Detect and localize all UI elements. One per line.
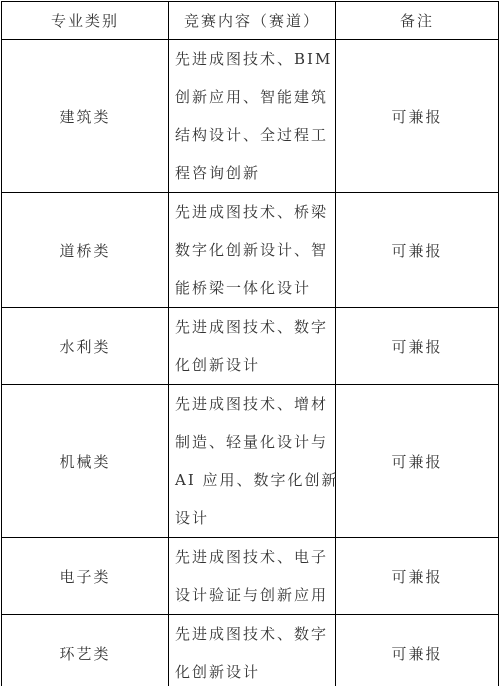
row-remark: 可兼报 <box>336 193 499 308</box>
row-category: 道桥类 <box>2 193 169 308</box>
header-category: 专业类别 <box>2 2 169 40</box>
row-remark: 可兼报 <box>336 385 499 538</box>
row-content: 先进成图技术、BIM 创新应用、智能建筑 结构设计、全过程工 程咨询创新 <box>169 40 336 193</box>
row-category: 电子类 <box>2 538 169 615</box>
row-content: 先进成图技术、电子 设计验证与创新应用 <box>169 538 336 615</box>
content-line: 制造、轻量化设计与 <box>175 423 329 461</box>
content-line: 先进成图技术、桥梁 <box>175 193 329 231</box>
row-content: 先进成图技术、数字 化创新设计 <box>169 615 336 686</box>
competition-category-table: 专业类别 竞赛内容（赛道） 备注 建筑类 先进成图技术、BIM 创新应用、智能建… <box>1 1 499 686</box>
row-remark: 可兼报 <box>336 40 499 193</box>
content-line: 设计 <box>175 499 329 537</box>
content-line: 数字化创新设计、智 <box>175 231 329 269</box>
content-line: 结构设计、全过程工 <box>175 116 329 154</box>
content-line: 先进成图技术、BIM <box>175 40 329 78</box>
row-remark: 可兼报 <box>336 538 499 615</box>
table-row: 机械类 先进成图技术、增材 制造、轻量化设计与 AI 应用、数字化创新 设计 可… <box>2 385 499 538</box>
table-row: 电子类 先进成图技术、电子 设计验证与创新应用 可兼报 <box>2 538 499 615</box>
row-content: 先进成图技术、增材 制造、轻量化设计与 AI 应用、数字化创新 设计 <box>169 385 336 538</box>
content-line: 先进成图技术、数字 <box>175 615 329 653</box>
content-line: 先进成图技术、电子 <box>175 538 329 576</box>
header-content: 竞赛内容（赛道） <box>169 2 336 40</box>
row-category: 环艺类 <box>2 615 169 686</box>
row-category: 机械类 <box>2 385 169 538</box>
content-line: 化创新设计 <box>175 346 329 384</box>
content-line: 先进成图技术、数字 <box>175 308 329 346</box>
row-content: 先进成图技术、桥梁 数字化创新设计、智 能桥梁一体化设计 <box>169 193 336 308</box>
row-remark: 可兼报 <box>336 308 499 385</box>
content-line: 先进成图技术、增材 <box>175 385 329 423</box>
content-line: 能桥梁一体化设计 <box>175 269 329 307</box>
table-row: 环艺类 先进成图技术、数字 化创新设计 可兼报 <box>2 615 499 686</box>
content-line: 程咨询创新 <box>175 154 329 192</box>
content-line: 创新应用、智能建筑 <box>175 78 329 116</box>
content-line: AI 应用、数字化创新 <box>175 461 329 499</box>
table-row: 建筑类 先进成图技术、BIM 创新应用、智能建筑 结构设计、全过程工 程咨询创新… <box>2 40 499 193</box>
header-remark: 备注 <box>336 2 499 40</box>
row-remark: 可兼报 <box>336 615 499 686</box>
table-row: 水利类 先进成图技术、数字 化创新设计 可兼报 <box>2 308 499 385</box>
row-category: 水利类 <box>2 308 169 385</box>
table-header-row: 专业类别 竞赛内容（赛道） 备注 <box>2 2 499 40</box>
row-category: 建筑类 <box>2 40 169 193</box>
table-row: 道桥类 先进成图技术、桥梁 数字化创新设计、智 能桥梁一体化设计 可兼报 <box>2 193 499 308</box>
row-content: 先进成图技术、数字 化创新设计 <box>169 308 336 385</box>
content-line: 设计验证与创新应用 <box>175 576 329 614</box>
content-line: 化创新设计 <box>175 653 329 686</box>
